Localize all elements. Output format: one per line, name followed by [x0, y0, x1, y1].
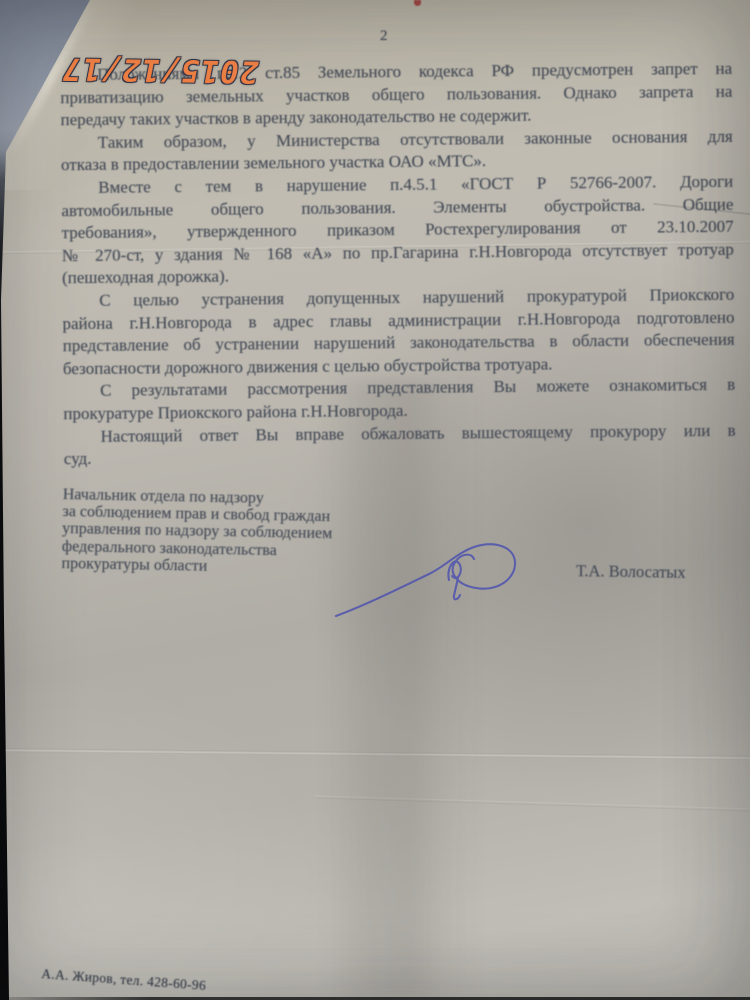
- letter-body-text: Положениями п.12 ст.85 Земельного кодекс…: [60, 58, 736, 471]
- signatory-name: Т.А. Волосатых: [576, 561, 686, 583]
- executor-contact: А.А. Жиров, тел. 428-60-96: [41, 966, 207, 994]
- handwritten-signature-icon: [308, 516, 528, 626]
- photo-of-document: 2 Положениями п.12 ст.85 Земельного коде…: [0, 0, 750, 1000]
- page-number: 2: [380, 28, 388, 45]
- red-ink-mark: [414, 0, 421, 6]
- camera-date-stamp: 2015/12/17: [59, 50, 263, 89]
- fold-shadow: [322, 380, 482, 1000]
- document-sheet: 2 Положениями п.12 ст.85 Земельного коде…: [0, 0, 750, 1000]
